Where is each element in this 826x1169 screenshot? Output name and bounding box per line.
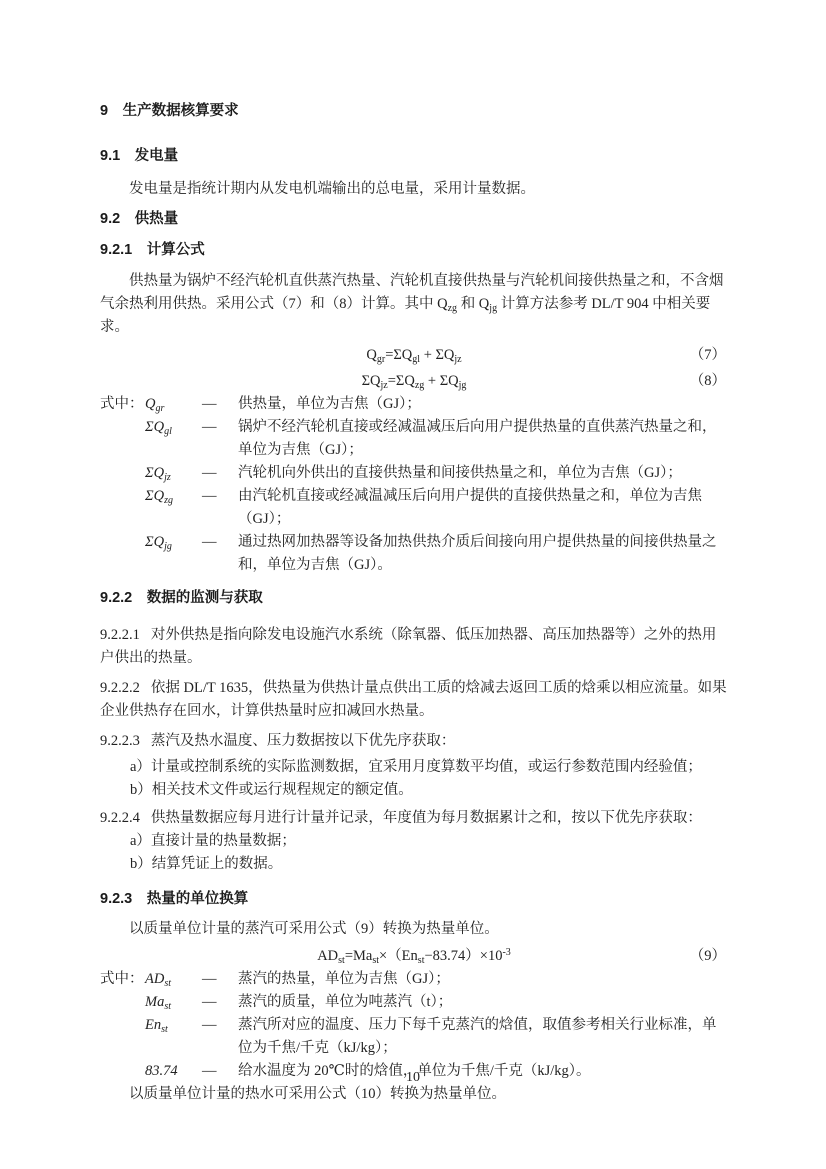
symbol-sum-qzg: ΣQzg: [145, 485, 202, 531]
where-item-enst: Enst — 蒸汽所对应的温度、压力下每千克蒸汽的焓值，取值参考相关行业标准，单…: [145, 1014, 728, 1060]
symbol-sum-qgl: ΣQgl: [145, 416, 202, 462]
heading-9-2: 9.2 供热量: [100, 208, 728, 231]
where-dash: —: [202, 416, 238, 462]
description-sum-qjz: 汽轮机向外供出的直接供热量和间接供热量之和，单位为吉焦（GJ）；: [238, 462, 728, 485]
paragraph-steam-conversion: 以质量单位计量的蒸汽可采用公式（9）转换为热量单位。: [100, 918, 728, 941]
formula-8-row: ΣQjz=ΣQzg + ΣQjg （8）: [100, 370, 728, 393]
page-number: 10: [0, 1066, 826, 1089]
where-dash: —: [202, 531, 238, 577]
description-adst: 蒸汽的热量，单位为吉焦（GJ）；: [238, 968, 728, 991]
clause-text: 依据 DL/T 1635，供热量为供热计量点供出工质的焓减去返回工质的焓乘以相应…: [100, 680, 727, 719]
where-item-sum-qzg: ΣQzg — 由汽轮机直接或经减温减压后向用户提供的直接供热量之和，单位为吉焦（…: [145, 485, 728, 531]
symbol-adst: ADst: [145, 968, 202, 991]
symbol-qgr: Qgr: [145, 393, 202, 416]
formula-9-row: ADst=Mast×（Enst−83.74）×10-3 （9）: [100, 945, 728, 968]
formula-7-number: （7）: [690, 344, 726, 367]
clause-text: 蒸汽及热水温度、压力数据按以下优先序获取：: [151, 733, 456, 749]
clause-9-2-2-3: 9.2.2.3蒸汽及热水温度、压力数据按以下优先序获取：: [100, 730, 728, 753]
clause-number: 9.2.2.3: [100, 733, 140, 749]
page-content: 9 生产数据核算要求 9.1 发电量 发电量是指统计期内从发电机端输出的总电量，…: [100, 100, 728, 1106]
formula-9: ADst=Mast×（Enst−83.74）×10-3: [317, 945, 511, 968]
list-item-b-settlement-voucher: b）结算凭证上的数据。: [100, 853, 728, 876]
paragraph-electricity-generation: 发电量是指统计期内从发电机端输出的总电量，采用计量数据。: [100, 178, 728, 201]
clause-number: 9.2.2.1: [100, 627, 140, 643]
clause-9-2-2-4: 9.2.2.4供热量数据应每月进行计量并记录，年度值为每月数据累计之和，按以下优…: [100, 807, 728, 830]
where-dash: —: [202, 1014, 238, 1060]
clause-number: 9.2.2.4: [100, 810, 140, 826]
document-page: 9 生产数据核算要求 9.1 发电量 发电量是指统计期内从发电机端输出的总电量，…: [0, 0, 826, 1169]
where-item-mast: Mast — 蒸汽的质量，单位为吨蒸汽（t）；: [145, 991, 728, 1014]
list-item-a-monitoring: a）计量或控制系统的实际监测数据，宜采用月度算数平均值，或运行参数范围内经验值；: [100, 756, 728, 779]
where-list-1: 式中： Qgr — 供热量，单位为吉焦（GJ）； ΣQgl — 锅炉不经汽轮机直…: [100, 393, 728, 577]
where-item-sum-qjg: ΣQjg — 通过热网加热器等设备加热供热介质后间接向用户提供热量的间接供热量之…: [145, 531, 728, 577]
symbol-sum-qjz: ΣQjz: [145, 462, 202, 485]
list-item-a-direct-metering: a）直接计量的热量数据；: [100, 830, 728, 853]
list-item-b-rated-values: b）相关技术文件或运行规程规定的额定值。: [100, 779, 728, 802]
formula-9-number: （9）: [690, 945, 726, 968]
description-sum-qjg: 通过热网加热器等设备加热供热介质后间接向用户提供热量的间接供热量之和，单位为吉焦…: [238, 531, 728, 577]
description-enst: 蒸汽所对应的温度、压力下每千克蒸汽的焓值，取值参考相关行业标准，单位为千焦/千克…: [238, 1014, 728, 1060]
where-dash: —: [202, 485, 238, 531]
where-item-sum-qjz: ΣQjz — 汽轮机向外供出的直接供热量和间接供热量之和，单位为吉焦（GJ）；: [145, 462, 728, 485]
clause-text: 对外供热是指向除发电设施汽水系统（除氧器、低压加热器、高压加热器等）之外的热用户…: [100, 627, 716, 666]
description-qgr: 供热量，单位为吉焦（GJ）；: [238, 393, 728, 416]
description-mast: 蒸汽的质量，单位为吨蒸汽（t）；: [238, 991, 728, 1014]
where-dash: —: [202, 968, 238, 991]
clause-9-2-2-1: 9.2.2.1对外供热是指向除发电设施汽水系统（除氧器、低压加热器、高压加热器等…: [100, 624, 728, 670]
clause-number: 9.2.2.2: [100, 680, 140, 696]
symbol-mast: Mast: [145, 991, 202, 1014]
symbol-enst: Enst: [145, 1014, 202, 1060]
heading-9: 9 生产数据核算要求: [100, 100, 728, 123]
where-items-1: Qgr — 供热量，单位为吉焦（GJ）； ΣQgl — 锅炉不经汽轮机直接或经减…: [145, 393, 728, 577]
where-item-adst: ADst — 蒸汽的热量，单位为吉焦（GJ）；: [145, 968, 728, 991]
formula-8: ΣQjz=ΣQzg + ΣQjg: [362, 370, 467, 393]
heading-9-2-3: 9.2.3 热量的单位换算: [100, 888, 728, 911]
where-item-sum-qgl: ΣQgl — 锅炉不经汽轮机直接或经减温减压后向用户提供热量的直供蒸汽热量之和，…: [145, 416, 728, 462]
where-dash: —: [202, 462, 238, 485]
description-sum-qzg: 由汽轮机直接或经减温减压后向用户提供的直接供热量之和，单位为吉焦（GJ）；: [238, 485, 728, 531]
description-sum-qgl: 锅炉不经汽轮机直接或经减温减压后向用户提供热量的直供蒸汽热量之和，单位为吉焦（G…: [238, 416, 728, 462]
where-dash: —: [202, 991, 238, 1014]
paragraph-heat-supply-intro: 供热量为锅炉不经汽轮机直供蒸汽热量、汽轮机直接供热量与汽轮机间接供热量之和，不含…: [100, 270, 728, 339]
clause-text: 供热量数据应每月进行计量并记录，年度值为每月数据累计之和，按以下优先序获取：: [151, 810, 702, 826]
where-item-qgr: Qgr — 供热量，单位为吉焦（GJ）；: [145, 393, 728, 416]
formula-7: Qgr=ΣQgl + ΣQjz: [366, 344, 461, 367]
formula-7-row: Qgr=ΣQgl + ΣQjz （7）: [100, 344, 728, 367]
where-label-1: 式中：: [100, 393, 145, 577]
heading-9-1: 9.1 发电量: [100, 145, 728, 168]
heading-9-2-2: 9.2.2 数据的监测与获取: [100, 587, 728, 610]
heading-9-2-1: 9.2.1 计算公式: [100, 239, 728, 262]
formula-8-number: （8）: [690, 370, 726, 393]
clause-9-2-2-2: 9.2.2.2依据 DL/T 1635，供热量为供热计量点供出工质的焓减去返回工…: [100, 677, 728, 723]
symbol-sum-qjg: ΣQjg: [145, 531, 202, 577]
where-dash: —: [202, 393, 238, 416]
